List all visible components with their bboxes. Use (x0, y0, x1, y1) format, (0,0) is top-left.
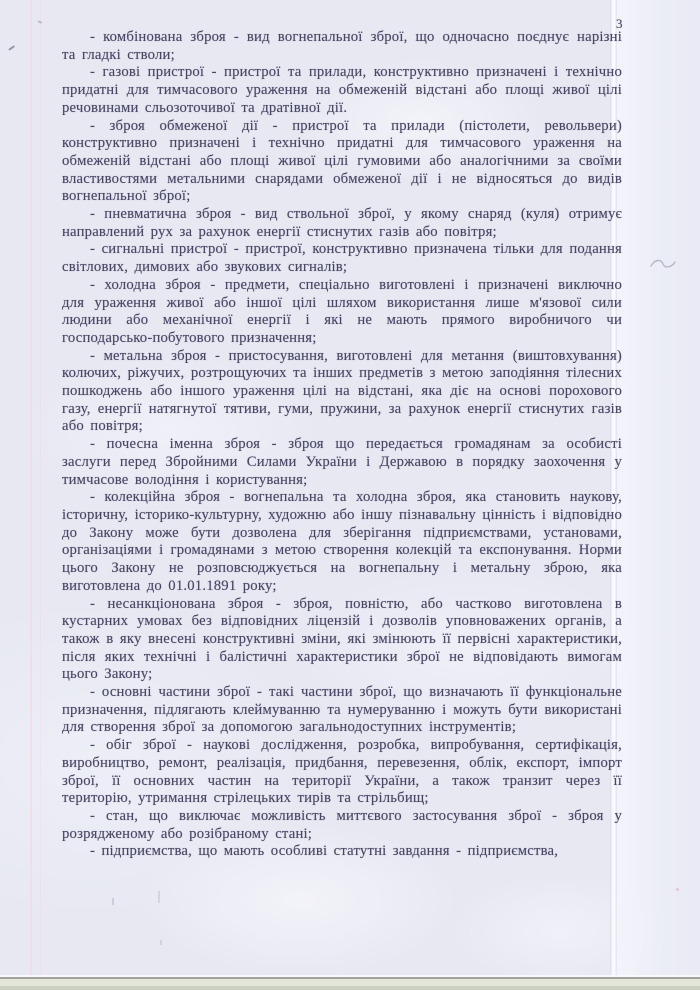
ink-speck (158, 891, 160, 903)
paragraph: - підприємства, що мають особливі статут… (62, 843, 622, 861)
scanner-bottom-edge (0, 975, 700, 990)
scan-right-strip (617, 0, 700, 990)
scanned-document-page: 3 - комбінована зброя - вид вогнепальної… (0, 0, 700, 990)
paragraph: - газові пристрої - пристрої та прилади,… (62, 64, 622, 117)
paragraph: - сигнальні пристрої - пристрої, констру… (62, 241, 622, 276)
ink-speck (160, 940, 162, 945)
paragraph: - метальна зброя - пристосування, вигото… (62, 348, 622, 437)
paragraph: - несанкціонована зброя - зброя, повніст… (62, 596, 622, 685)
paragraph: - холодна зброя - предмети, спеціально в… (62, 277, 622, 348)
scan-artifact-line (30, 0, 32, 990)
paragraph: - почесна іменна зброя - зброя що переда… (62, 436, 622, 489)
ink-speck (112, 898, 114, 905)
ink-speck (676, 888, 679, 891)
text-block: - комбінована зброя - вид вогнепальної з… (62, 29, 622, 861)
paragraph: - пневматична зброя - вид ствольної збро… (62, 206, 622, 241)
ink-speck (38, 20, 42, 23)
paragraph: - стан, що виключає можливість миттєвого… (62, 808, 622, 843)
paragraph: - комбінована зброя - вид вогнепальної з… (62, 29, 622, 64)
paragraph: - колекційна зброя - вогнепальна та холо… (62, 489, 622, 595)
paragraph: - основні частини зброї - такі частини з… (62, 684, 622, 737)
scan-artifact-line (40, 0, 41, 990)
ink-speck (8, 45, 15, 50)
paragraph: - обіг зброї - наукові дослідження, розр… (62, 737, 622, 808)
paragraph: - зброя обмеженої дії - пристрої та прил… (62, 118, 622, 207)
pen-smudge (649, 257, 677, 270)
